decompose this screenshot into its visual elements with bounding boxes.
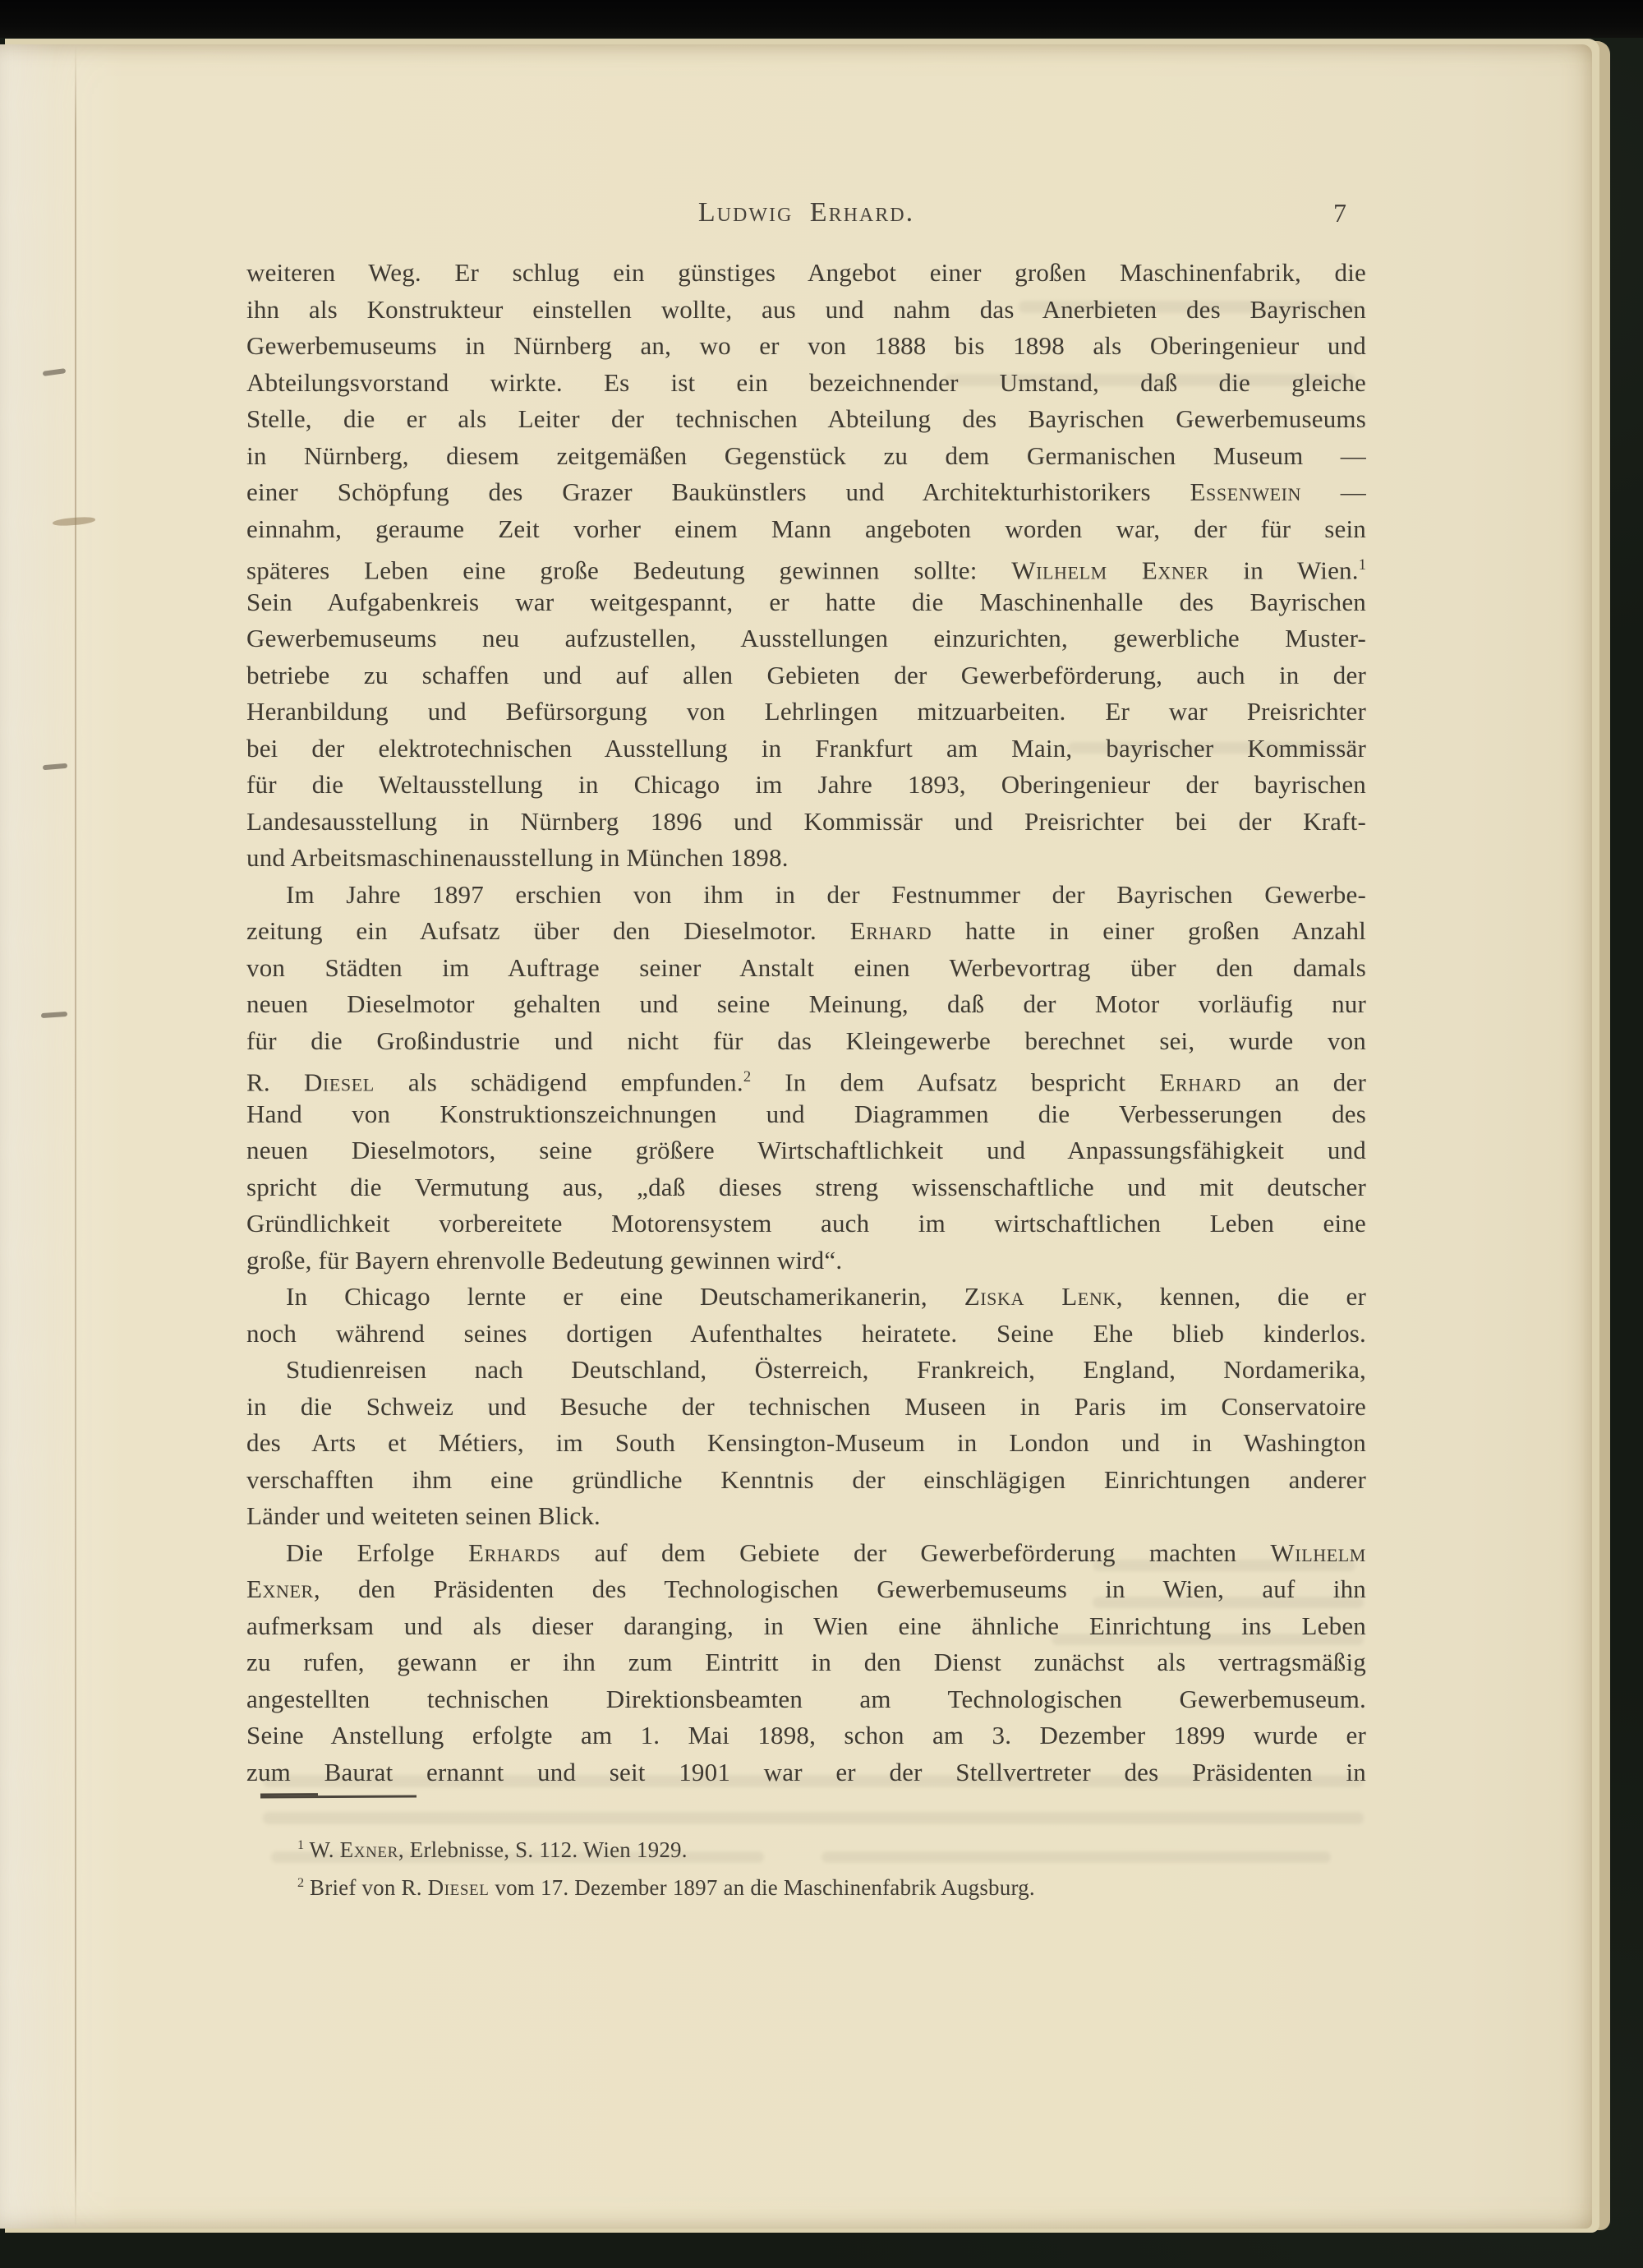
text-segment: neuen Dieselmotor gehalten und seine Mei…: [246, 989, 1366, 1018]
text-segment: große, für Bayern ehrenvolle Bedeutung g…: [246, 1246, 842, 1275]
text-segment: des Arts et Métiers, im South Kensington…: [246, 1428, 1366, 1457]
text-segment: , den Präsidenten des Technologischen Ge…: [314, 1574, 1366, 1603]
text-segment: betriebe zu schaffen und auf allen Gebie…: [246, 661, 1366, 689]
text-line: aufmerksam und als dieser daranging, in …: [246, 1608, 1366, 1645]
footnote-separator: [260, 1795, 417, 1799]
footnotes: 1 W. Exner, Erlebnisse, S. 112. Wien 192…: [246, 1826, 1366, 1902]
text-line: Hand von Konstruktionszeichnungen und Di…: [246, 1096, 1366, 1133]
text-line: und Arbeitsmaschinenausstellung in Münch…: [246, 840, 1366, 877]
text-segment: zum Baurat ernannt und seit 1901 war er …: [246, 1758, 1366, 1786]
text-line: bei der elektrotechnischen Ausstellung i…: [246, 731, 1366, 768]
text-segment: R.: [246, 1067, 304, 1096]
text-line: Gründlichkeit vorbereitete Motorensystem…: [246, 1205, 1366, 1242]
text-line: für die Großindustrie und nicht für das …: [246, 1023, 1366, 1060]
text-segment: Hand von Konstruktionszeichnungen und Di…: [246, 1099, 1366, 1128]
text-line: zu rufen, gewann er ihn zum Eintritt in …: [246, 1644, 1366, 1681]
text-line: für die Weltausstellung in Chicago im Ja…: [246, 767, 1366, 804]
text-line: Gewerbemuseums neu aufzustellen, Ausstel…: [246, 620, 1366, 657]
footnote-ref: 2: [297, 1875, 304, 1890]
smallcaps-name: Wilhelm: [1270, 1538, 1366, 1567]
text-segment: In dem Aufsatz bespricht: [751, 1067, 1159, 1096]
text-segment: einer Schöpfung des Grazer Baukünstlers …: [246, 477, 1190, 506]
text-line: weiteren Weg. Er schlug ein günstiges An…: [246, 255, 1366, 292]
text-segment: Sein Aufgabenkreis war weitgespannt, er …: [246, 588, 1366, 616]
text-segment: für die Großindustrie und nicht für das …: [246, 1026, 1366, 1055]
text-segment: späteres Leben eine große Bedeutung gewi…: [246, 555, 1011, 584]
smallcaps-name: Exner: [246, 1574, 314, 1603]
text-line: spricht die Vermutung aus, „daß dieses s…: [246, 1169, 1366, 1206]
text-line: Studienreisen nach Deutschland, Österrei…: [246, 1352, 1366, 1389]
text-line: Im Jahre 1897 erschien von ihm in der Fe…: [246, 877, 1366, 914]
text-segment: zu rufen, gewann er ihn zum Eintritt in …: [246, 1648, 1366, 1676]
text-segment: für die Weltausstellung in Chicago im Ja…: [246, 770, 1366, 799]
text-segment: einnahm, geraume Zeit vorher einem Mann …: [246, 514, 1366, 543]
text-line: verschafften ihm eine gründliche Kenntni…: [246, 1462, 1366, 1499]
text-segment: Seine Anstellung erfolgte am 1. Mai 1898…: [246, 1721, 1366, 1749]
text-line: Gewerbemuseums in Nürnberg an, wo er von…: [246, 328, 1366, 365]
text-segment: an der: [1241, 1067, 1366, 1096]
text-segment: hatte in einer großen Anzahl: [932, 916, 1366, 945]
text-segment: W.: [304, 1837, 340, 1862]
text-line: große, für Bayern ehrenvolle Bedeutung g…: [246, 1242, 1366, 1279]
footnote-ref: 1: [1359, 556, 1366, 574]
text-line: Heranbildung und Befürsorgung von Lehrli…: [246, 694, 1366, 731]
gutter-crease: [75, 44, 76, 2229]
text-segment: in Nürnberg, diesem zeitgemäßen Gegenstü…: [246, 441, 1366, 470]
text-line: späteres Leben eine große Bedeutung gewi…: [246, 547, 1366, 584]
text-line: noch während seines dortigen Aufenthalte…: [246, 1316, 1366, 1353]
smallcaps-name: Erhard: [850, 916, 932, 945]
text-segment: Gründlichkeit vorbereitete Motorensystem…: [246, 1209, 1366, 1238]
smallcaps-name: Exner: [340, 1837, 398, 1862]
text-line: neuen Dieselmotors, seine größere Wirtsc…: [246, 1132, 1366, 1169]
text-line: zum Baurat ernannt und seit 1901 war er …: [246, 1754, 1366, 1791]
text-line: einer Schöpfung des Grazer Baukünstlers …: [246, 474, 1366, 511]
text-segment: als schädigend empfunden.: [375, 1067, 743, 1096]
text-line: Exner, den Präsidenten des Technologisch…: [246, 1571, 1366, 1608]
page-number: 7: [1333, 196, 1346, 230]
text-line: Stelle, die er als Leiter der technische…: [246, 401, 1366, 438]
footnote: 2 Brief von R. Diesel vom 17. Dezember 1…: [246, 1864, 1366, 1902]
text-line: Länder und weiteten seinen Blick.: [246, 1498, 1366, 1535]
text-line: Die Erfolge Erhards auf dem Gebiete der …: [246, 1535, 1366, 1572]
text-line: des Arts et Métiers, im South Kensington…: [246, 1425, 1366, 1462]
text-segment: in die Schweiz und Besuche der technisch…: [246, 1392, 1366, 1421]
text-segment: Brief von R.: [304, 1875, 428, 1900]
text-line: ihn als Konstrukteur einstellen wollte, …: [246, 292, 1366, 329]
smallcaps-name: Diesel: [304, 1067, 375, 1096]
text-line: in Nürnberg, diesem zeitgemäßen Gegenstü…: [246, 438, 1366, 475]
text-segment: angestellten technischen Direktionsbeamt…: [246, 1685, 1366, 1713]
text-line: In Chicago lernte er eine Deutschamerika…: [246, 1279, 1366, 1316]
text-line: Sein Aufgabenkreis war weitgespannt, er …: [246, 584, 1366, 621]
text-segment: Heranbildung und Befürsorgung von Lehrli…: [246, 697, 1366, 726]
text-segment: von Städten im Auftrage seiner Anstalt e…: [246, 953, 1366, 982]
text-line: einnahm, geraume Zeit vorher einem Mann …: [246, 511, 1366, 548]
text-segment: —: [1301, 477, 1366, 506]
smallcaps-name: Diesel: [428, 1875, 490, 1900]
top-black-band: [0, 0, 1643, 38]
bleed-through-artifact: [263, 1812, 1364, 1824]
text-segment: aufmerksam und als dieser daranging, in …: [246, 1611, 1366, 1640]
smallcaps-name: Wilhelm Exner: [1011, 555, 1208, 584]
text-segment: Abteilungsvorstand wirkte. Es ist ein be…: [246, 368, 1366, 397]
text-line: betriebe zu schaffen und auf allen Gebie…: [246, 657, 1366, 694]
header-title: Ludwig Erhard.: [246, 196, 1366, 230]
text-segment: in Wien.: [1209, 555, 1359, 584]
footnote: 1 W. Exner, Erlebnisse, S. 112. Wien 192…: [246, 1826, 1366, 1864]
footnote-ref: 1: [297, 1837, 304, 1852]
text-segment: Die Erfolge: [286, 1538, 468, 1567]
scanned-book-photo: Ludwig Erhard. 7 weiteren Weg. Er schlug…: [0, 0, 1643, 2268]
text-segment: Landesausstellung in Nürnberg 1896 und K…: [246, 807, 1366, 836]
text-segment: verschafften ihm eine gründliche Kenntni…: [246, 1465, 1366, 1494]
text-segment: noch während seines dortigen Aufenthalte…: [246, 1319, 1366, 1348]
text-line: angestellten technischen Direktionsbeamt…: [246, 1681, 1366, 1718]
smallcaps-name: Ziska Lenk: [964, 1282, 1116, 1311]
text-segment: vom 17. Dezember 1897 an die Maschinenfa…: [489, 1875, 1034, 1900]
text-segment: Im Jahre 1897 erschien von ihm in der Fe…: [286, 880, 1366, 909]
smallcaps-name: Erhard: [1159, 1067, 1241, 1096]
text-segment: Studienreisen nach Deutschland, Österrei…: [286, 1355, 1366, 1384]
text-line: Landesausstellung in Nürnberg 1896 und K…: [246, 804, 1366, 841]
text-segment: neuen Dieselmotors, seine größere Wirtsc…: [246, 1136, 1366, 1164]
text-segment: ihn als Konstrukteur einstellen wollte, …: [246, 295, 1366, 324]
text-line: neuen Dieselmotor gehalten und seine Mei…: [246, 986, 1366, 1023]
text-segment: , Erlebnisse, S. 112. Wien 1929.: [398, 1837, 688, 1862]
text-segment: In Chicago lernte er eine Deutschamerika…: [286, 1282, 964, 1311]
text-segment: weiteren Weg. Er schlug ein günstiges An…: [246, 258, 1366, 287]
text-segment: Gewerbemuseums in Nürnberg an, wo er von…: [246, 331, 1366, 360]
text-line: Abteilungsvorstand wirkte. Es ist ein be…: [246, 365, 1366, 402]
book-page: Ludwig Erhard. 7 weiteren Weg. Er schlug…: [0, 44, 1592, 2229]
smallcaps-name: Erhards: [468, 1538, 560, 1567]
text-line: von Städten im Auftrage seiner Anstalt e…: [246, 950, 1366, 987]
footnote-ref: 2: [743, 1068, 751, 1086]
text-segment: Stelle, die er als Leiter der technische…: [246, 404, 1366, 433]
text-line: in die Schweiz und Besuche der technisch…: [246, 1389, 1366, 1426]
text-segment: Länder und weiteten seinen Blick.: [246, 1501, 601, 1530]
text-segment: auf dem Gebiete der Gewerbeförderung mac…: [560, 1538, 1270, 1567]
body-text: weiteren Weg. Er schlug ein günstiges An…: [246, 255, 1366, 1791]
text-line: Seine Anstellung erfolgte am 1. Mai 1898…: [246, 1717, 1366, 1754]
text-line: zeitung ein Aufsatz über den Dieselmotor…: [246, 913, 1366, 950]
text-segment: spricht die Vermutung aus, „daß dieses s…: [246, 1173, 1366, 1201]
smallcaps-name: Essenwein: [1190, 477, 1301, 506]
text-segment: Gewerbemuseums neu aufzustellen, Ausstel…: [246, 624, 1366, 652]
text-segment: und Arbeitsmaschinenausstellung in Münch…: [246, 843, 789, 872]
running-header: Ludwig Erhard. 7: [246, 196, 1366, 230]
text-segment: , kennen, die er: [1116, 1282, 1366, 1311]
text-line: R. Diesel als schädigend empfunden.2 In …: [246, 1059, 1366, 1096]
text-segment: zeitung ein Aufsatz über den Dieselmotor…: [246, 916, 850, 945]
text-segment: bei der elektrotechnischen Ausstellung i…: [246, 734, 1366, 763]
